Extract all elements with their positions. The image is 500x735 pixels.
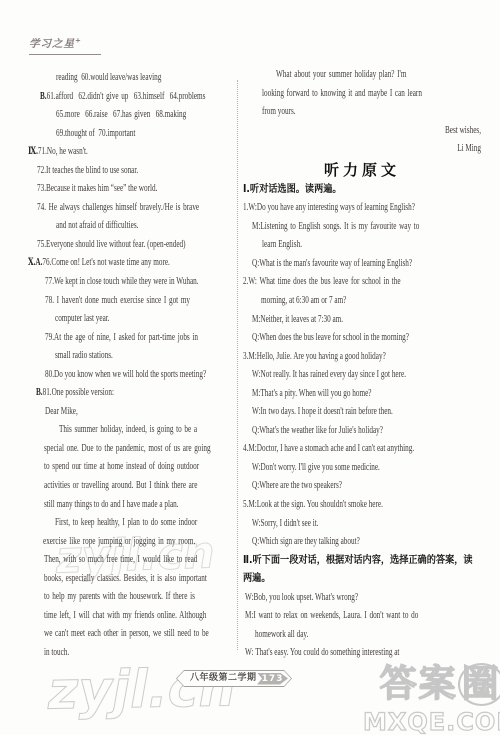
- text-line: from yours.: [262, 103, 481, 122]
- column-divider-dotted-line: [237, 80, 238, 650]
- text-line: learn English.: [262, 236, 481, 255]
- brand-logo-text: 学习之星: [29, 38, 75, 50]
- text-line: 73.Because it makes him “see” the world.: [37, 180, 237, 199]
- text-line: W: That's easy. You could do something i…: [245, 644, 481, 663]
- text-line: Q:What's the weather like for Julie's ho…: [252, 422, 481, 441]
- text-line: reading 60.would leave/was leaving: [56, 69, 237, 88]
- text-line: First, to keep healthy, I plan to do som…: [55, 514, 237, 533]
- text-line: Q:What is the man's favourite way of lea…: [252, 255, 481, 274]
- text-line: books, especially classics. Besides, it …: [44, 570, 237, 589]
- text-line: Li Ming: [243, 140, 481, 159]
- text-line: 77.We kept in close touch while they wer…: [45, 273, 237, 292]
- text-line: 80.Do you know when we will hold the spo…: [45, 366, 237, 385]
- watermark-answer-en: MXQE.COM: [363, 708, 500, 735]
- text-line: still many things to do and I have made …: [44, 496, 237, 515]
- text-line: 69.thought of 70.important: [56, 125, 237, 144]
- left-answers-column: reading 60.would leave/was leavingB.61.a…: [28, 69, 237, 663]
- text-line: M:Neither, it leaves at 7:30 am.: [252, 311, 481, 330]
- circled-character: 圈: [458, 663, 500, 706]
- text-line: Ⅹ.A.76.Come on! Let's not waste time any…: [28, 254, 237, 273]
- text-line: B.81.One possible version:: [36, 384, 237, 403]
- text-line: Ⅱ.听下面一段对话，根据对话内容，选择正确的答案，读: [243, 552, 481, 571]
- text-line: 1.W:Do you have any interesting ways of …: [243, 199, 481, 218]
- brand-logo: 学习之星+: [29, 36, 101, 55]
- text-line: activities or travelling around. But I t…: [44, 477, 237, 496]
- text-line: we can't meet each other in person, we s…: [44, 625, 237, 644]
- text-line: 3.M:Hello, Julie. Are you having a good …: [243, 348, 481, 367]
- text-line: Best wishes,: [243, 122, 485, 141]
- text-line: 72.It teaches the blind to use sonar.: [37, 162, 237, 181]
- logo-underline: [29, 54, 101, 55]
- text-line: Q:When does the bus leave for school in …: [252, 329, 481, 348]
- text-line: W:Bob, you look upset. What's wrong?: [245, 589, 481, 608]
- text-line: Ⅰ.听对话选图。读两遍。: [243, 181, 481, 200]
- text-line: exercise like rope jumping or jogging in…: [43, 533, 237, 552]
- text-line: 4.M:Doctor, I have a stomach ache and I …: [243, 440, 481, 459]
- text-line: 79.At the age of nine, I asked for part-…: [45, 329, 237, 348]
- text-line: 65.more 66.raise 67.has given 68.making: [56, 106, 237, 125]
- text-line: to help my parents with the housework. I…: [44, 588, 237, 607]
- text-line: Then, with so much free time, I would li…: [44, 551, 237, 570]
- text-line: small radio stations.: [55, 347, 237, 366]
- text-line: and not afraid of difficulties.: [56, 217, 237, 236]
- text-line: Ⅸ.71.No, he wasn't.: [28, 143, 237, 162]
- text-line: looking forward to knowing it and maybe …: [262, 85, 481, 104]
- text-line: 75.Everyone should live without fear. (o…: [37, 236, 237, 255]
- watermark-zyjl-bottom: zyjl.cn: [47, 658, 235, 721]
- watermark-answer-circle: 答案圈 MXQE.COM: [363, 653, 500, 735]
- text-line: 78. I haven't done much exercise since I…: [45, 292, 237, 311]
- text-line: computer last year.: [55, 310, 237, 329]
- text-line: M:I want to relax on weekends, Laura. I …: [245, 607, 481, 626]
- page-footer-badge: 八年级第二学期 173: [176, 670, 292, 687]
- text-line: Q:Which sign are they talking about?: [252, 533, 481, 552]
- text-line: time left, I will chat with my friends o…: [44, 607, 237, 626]
- text-line: W:Sorry, I didn't see it.: [252, 515, 481, 534]
- text-line: to spend our time at home instead of doi…: [44, 458, 237, 477]
- text-line: This summer holiday, indeed, is going to…: [59, 421, 237, 440]
- brand-logo-mark: +: [75, 37, 82, 45]
- text-line: B.61.afford 62.didn't give up 63.himself…: [40, 88, 237, 107]
- text-line: 74. He always challenges himself bravely…: [37, 199, 237, 218]
- text-line: 2.W: What time does the bus leave for sc…: [243, 273, 481, 292]
- text-line: special one. Due to the pandemic, most o…: [44, 440, 237, 459]
- text-line: 两遍。: [243, 570, 481, 589]
- text-line: in touch.: [44, 644, 237, 663]
- text-line: Q:Where are the two speakers?: [252, 477, 481, 496]
- text-line: M:That's a pity. When will you go home?: [252, 385, 481, 404]
- grade-term-label: 八年级第二学期: [190, 670, 257, 687]
- text-line: morning, at 6:30 am or 7 am?: [261, 292, 481, 311]
- right-listening-script-column: What about your summer holiday plan? I'm…: [243, 66, 481, 663]
- text-line: W:Don't worry. I'll give you some medici…: [252, 459, 481, 478]
- text-line: What about your summer holiday plan? I'm: [276, 66, 481, 85]
- text-line: W:Not really. It has rained every day si…: [252, 366, 481, 385]
- text-line: 听力原文: [243, 159, 481, 181]
- scanned-answer-page: 学习之星+ zyjl.cn zyjl.cn 答案圈 MXQE.COM readi…: [0, 0, 500, 735]
- text-line: M:Listening to English songs. It is my f…: [252, 218, 481, 237]
- text-line: W:In two days. I hope it doesn't rain be…: [252, 403, 481, 422]
- text-line: 5.M:Look at the sign. You shouldn't smok…: [243, 496, 481, 515]
- text-line: Dear Mike,: [45, 403, 237, 422]
- text-line: homework all day.: [255, 626, 481, 645]
